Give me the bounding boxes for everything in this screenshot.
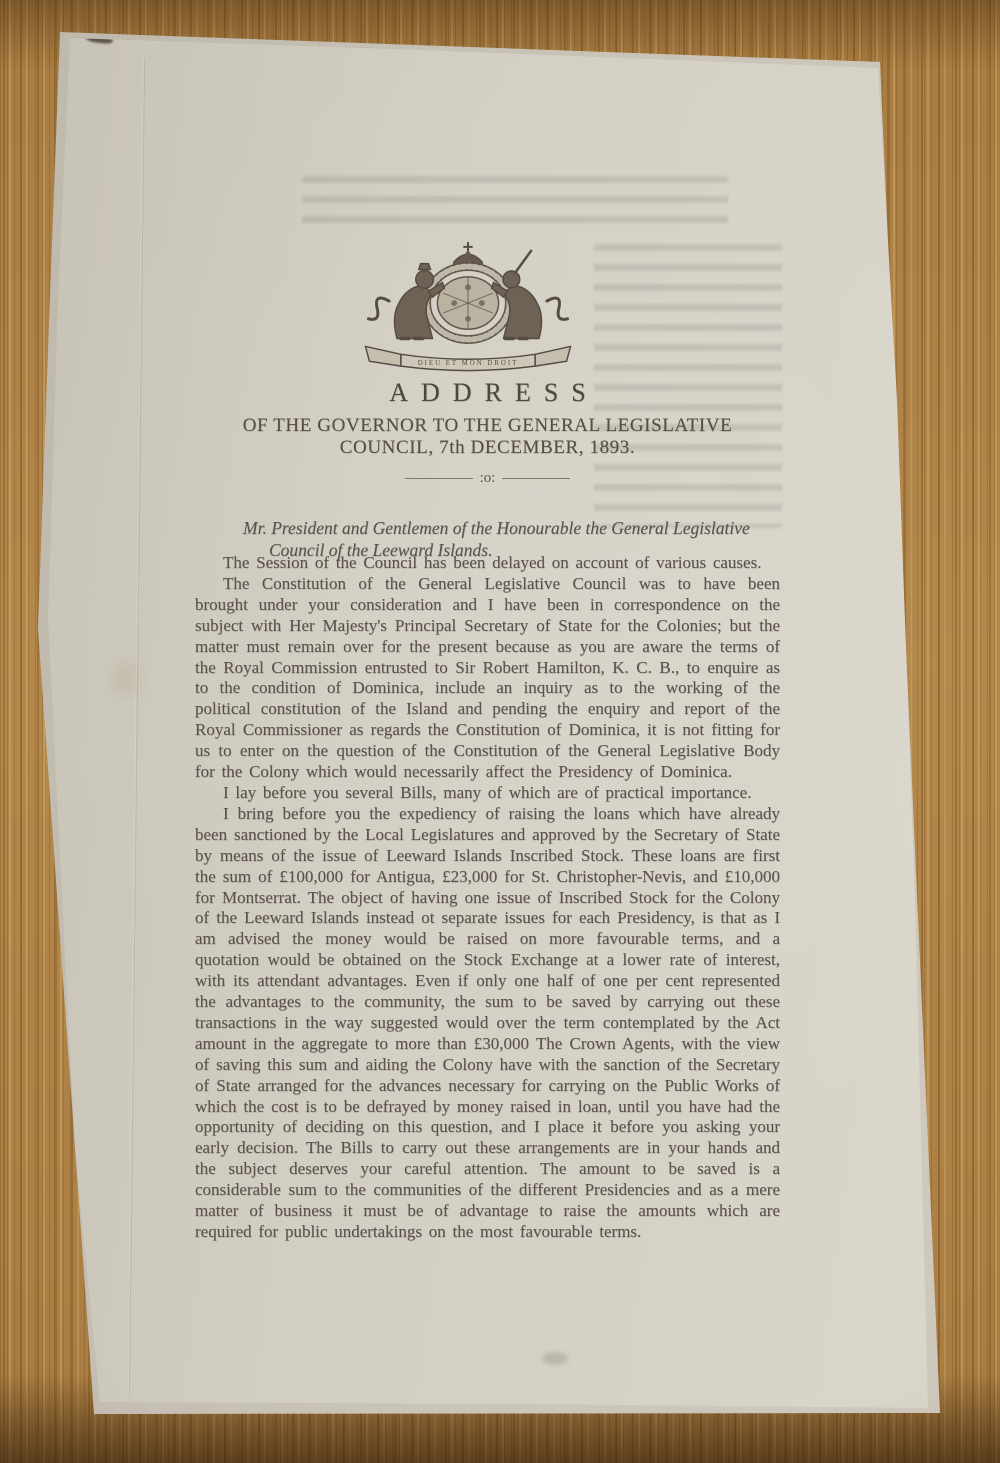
section-divider: :o: [195, 470, 780, 487]
divider-ornament: :o: [480, 470, 496, 487]
paragraph: I bring before you the expediency of rai… [195, 804, 780, 1243]
document-page: DIEU ET MON DROIT ADDRESS OF THE GOVERNO… [0, 0, 1000, 1463]
document-subtitle: OF THE GOVERNOR TO THE GENERAL LEGISLATI… [195, 415, 780, 459]
paper-stain [104, 652, 148, 704]
bleedthrough-text [302, 176, 728, 236]
page-title: ADDRESS [195, 378, 780, 408]
subtitle-line-2: COUNCIL, 7th DECEMBER, 1893. [195, 437, 780, 459]
document-body: The Session of the Council has been dela… [195, 553, 780, 1243]
paragraph: The Session of the Council has been dela… [195, 553, 780, 574]
paper-stain [542, 1352, 568, 1365]
photo-of-document-on-wood-table: DIEU ET MON DROIT ADDRESS OF THE GOVERNO… [0, 0, 1000, 1463]
royal-coat-of-arms-icon: DIEU ET MON DROIT [348, 236, 588, 376]
divider-rule [405, 478, 473, 480]
paragraph: I lay before you several Bills, many of … [195, 783, 780, 804]
crest-motto-text: DIEU ET MON DROIT [418, 360, 519, 367]
fold-crease [128, 58, 145, 1398]
divider-rule [502, 478, 570, 480]
document-header: ADDRESS OF THE GOVERNOR TO THE GENERAL L… [195, 378, 780, 459]
subtitle-line-1: OF THE GOVERNOR TO THE GENERAL LEGISLATI… [195, 415, 780, 437]
paragraph: The Constitution of the General Legislat… [195, 574, 780, 783]
